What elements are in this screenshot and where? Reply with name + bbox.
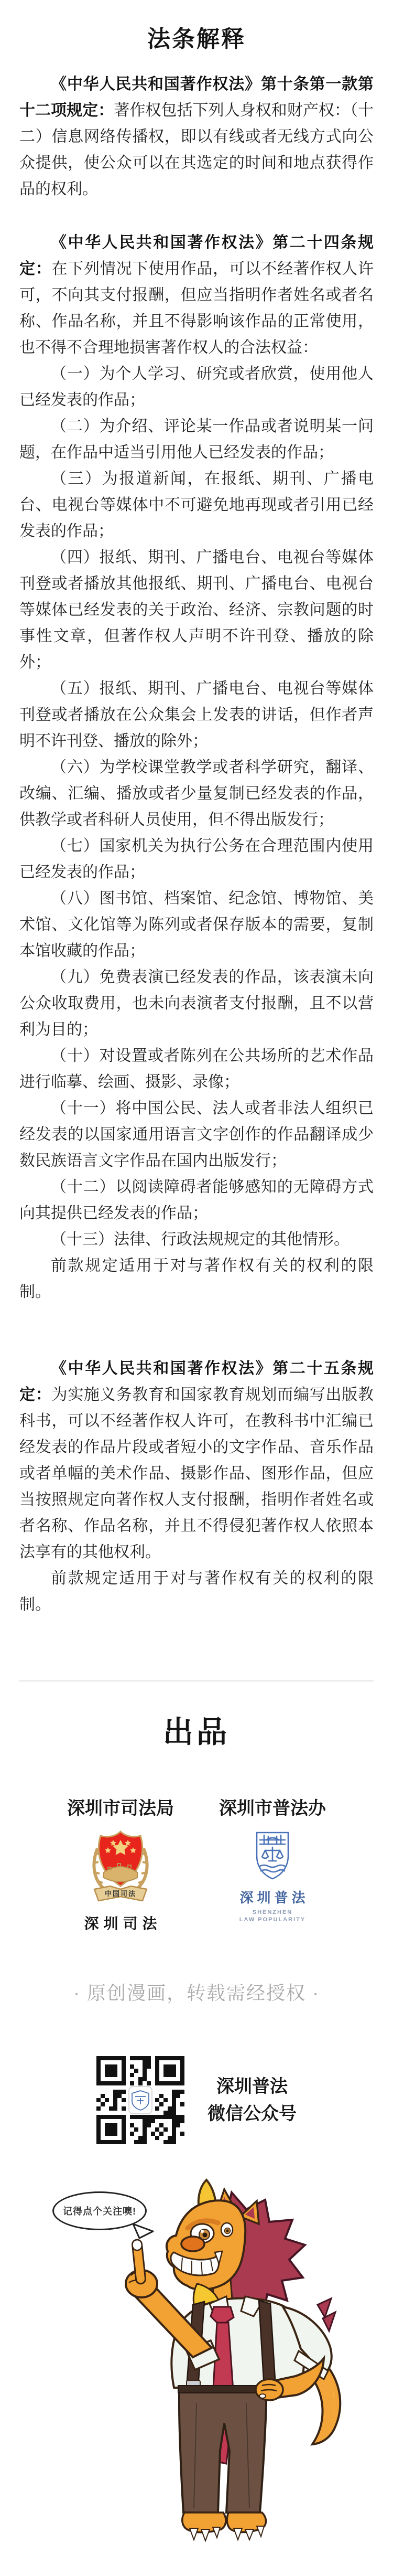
law-paragraph-body: 在下列情况下使用作品，可以不经著作权人许可，不向其支付报酬，但应当指明作者姓名或… <box>19 260 374 356</box>
org-justice-bureau: 深圳市司法局 中国司法 <box>45 1797 196 1933</box>
law-popularity-caption-en: SHENZHEN LAW POPULARITY <box>239 1909 305 1923</box>
clause-item-13: （十三）法律、行政法规规定的其他情形。 <box>19 1227 374 1253</box>
clause-item-5: （五）报纸、期刊、广播电台、电视台等媒体刊登或者播放在公众集会上发表的讲话，但作… <box>19 676 374 754</box>
org-law-popularity-office: 深圳市普法办 <box>196 1797 348 1933</box>
speech-bubble-text: 记得点个关注噢! <box>63 2204 136 2218</box>
law-shield-icon <box>252 1828 293 1881</box>
credits-section: 出品 深圳市司法局 <box>0 1680 393 2564</box>
clause-item-6: （六）为学校课堂教学或者科学研究，翻译、改编、汇编、播放或者少量复制已经发表的作… <box>19 754 374 833</box>
caption-en-line1: SHENZHEN <box>239 1909 305 1916</box>
qr-caption-line1: 深圳普法 <box>208 2073 297 2100</box>
clause-item-4: （四）报纸、期刊、广播电台、电视台等媒体刊登或者播放其他报纸、期刊、广播电台、电… <box>19 545 374 676</box>
producer-orgs: 深圳市司法局 中国司法 <box>0 1797 393 1933</box>
clause-item-1: （一）为个人学习、研究或者欣赏，使用他人已经发表的作品； <box>19 361 374 413</box>
justice-logo-caption: 深圳司法 <box>79 1912 161 1933</box>
law-paragraph-article25: 《中华人民共和国著作权法》第二十五条规定：为实施义务教育和国家教育规划而编写出版… <box>19 1356 374 1566</box>
clause-item-3: （三）为报道新闻，在报纸、期刊、广播电台、电视台等媒体中不可避免地再现或者引用已… <box>19 466 374 545</box>
qr-caption: 深圳普法 微信公众号 <box>208 2073 297 2127</box>
speech-bubble-tail <box>131 2223 155 2240</box>
org-name: 深圳市普法办 <box>219 1797 326 1820</box>
mascot-nose <box>181 2237 204 2251</box>
speech-bubble: 记得点个关注噢! <box>52 2191 147 2230</box>
law-paragraph-article24: 《中华人民共和国著作权法》第二十四条规定：在下列情况下使用作品，可以不经著作权人… <box>19 230 374 361</box>
mascot-scene: 记得点个关注噢! <box>0 2144 393 2564</box>
clause-item-7: （七）国家机关为执行公务在合理范围内使用已经发表的作品； <box>19 833 374 886</box>
justice-emblem-icon: 中国司法 <box>87 1828 154 1907</box>
clause-item-12: （十二）以阅读障碍者能够感知的无障碍方式向其提供已经发表的作品； <box>19 1174 374 1227</box>
justice-bureau-logo: 中国司法 深圳司法 <box>79 1828 161 1933</box>
qr-block: 深圳普法 微信公众号 <box>0 2056 393 2144</box>
copyright-note: · 原创漫画，转载需经授权 · <box>0 1982 393 2005</box>
clause-item-9: （九）免费表演已经发表的作品，该表演未向公众收取费用，也未向表演者支付报酬，且不… <box>19 964 374 1043</box>
caption-en-line2: LAW POPULARITY <box>239 1916 305 1923</box>
law-paragraph-article10: 《中华人民共和国著作权法》第十条第一款第十二项规定：著作权包括下列人身权和财产权… <box>19 71 374 203</box>
clause-item-2: （二）为介绍、评论某一作品或者说明某一问题，在作品中适当引用他人已经发表的作品； <box>19 413 374 466</box>
clause-note-2: 前款规定适用于对与著作权有关的权利的限制。 <box>19 1566 374 1618</box>
qr-caption-line2: 微信公众号 <box>208 2100 297 2127</box>
clause-item-8: （八）图书馆、档案馆、纪念馆、博物馆、美术馆、文化馆等为陈列或者保存版本的需要，… <box>19 886 374 964</box>
legal-article: 法条解释 《中华人民共和国著作权法》第十条第一款第十二项规定：著作权包括下列人身… <box>0 0 393 1680</box>
org-name: 深圳市司法局 <box>67 1797 174 1820</box>
article-page: 法条解释 《中华人民共和国著作权法》第十条第一款第十二项规定：著作权包括下列人身… <box>0 0 393 2576</box>
credits-title: 出品 <box>0 1715 393 1750</box>
page-title: 法条解释 <box>19 20 374 54</box>
law-popularity-logo: 深圳普法 SHENZHEN LAW POPULARITY <box>236 1828 309 1923</box>
clause-item-11: （十一）将中国公民、法人或者非法人组织已经发表的以国家通用语言文字创作的作品翻译… <box>19 1095 374 1174</box>
emblem-ribbon-label: 中国司法 <box>105 1890 136 1898</box>
law-popularity-caption: 深圳普法 <box>236 1887 309 1907</box>
law-paragraph-body: 为实施义务教育和国家教育规划而编写出版教科书，可以不经著作权人许可，在教科书中汇… <box>19 1386 374 1561</box>
qr-code <box>96 2056 184 2144</box>
section-divider <box>19 1680 374 1681</box>
clause-item-10: （十）对设置或者陈列在公共场所的艺术作品进行临摹、绘画、摄影、录像； <box>19 1043 374 1095</box>
mascot-face <box>167 2200 245 2290</box>
clause-note: 前款规定适用于对与著作权有关的权利的限制。 <box>19 1253 374 1305</box>
